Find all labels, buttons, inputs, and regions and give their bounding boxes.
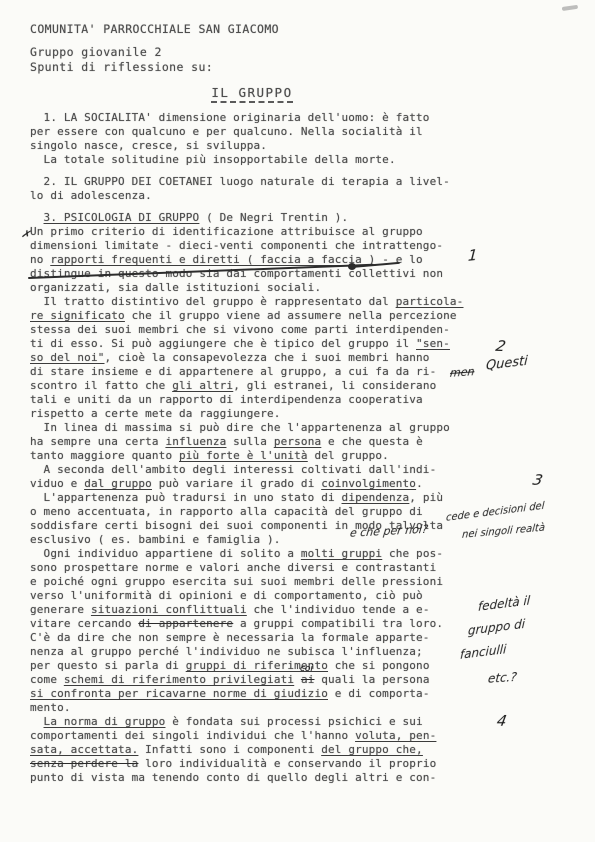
typed-text-segment: aicoi (301, 673, 315, 686)
typed-text-segment: influenza (165, 435, 226, 448)
document-title: IL GRUPPO (211, 85, 292, 103)
document-header-line-1: COMUNITA' PARROCCHIALE SAN GIACOMO (30, 22, 474, 37)
document-header-line-2: Gruppo giovanile 2 (30, 45, 474, 60)
typed-text-segment: coinvolgimento (321, 477, 416, 490)
inline-note-3: nei singoli realtà (462, 523, 546, 541)
typed-paragraph: 3. PSICOLOGIA DI GRUPPO ( De Negri Trent… (30, 211, 474, 785)
typed-text-segment: rapporti frequenti e diretti ( faccia a … (50, 253, 375, 266)
margin-number-4: 4 (495, 712, 508, 730)
document-title-row: IL GRUPPO (30, 85, 474, 100)
handwritten-correction: coi (300, 665, 313, 674)
typed-paragraph: 1. LA SOCIALITA' dimensione originaria d… (30, 111, 474, 167)
margin-note-line-2: gruppo di (468, 617, 526, 638)
scan-smudge (562, 5, 578, 11)
typed-text-segment: gli altri (172, 379, 233, 392)
typed-text-segment: più forte è l'unità (179, 449, 308, 462)
typed-body: 1. LA SOCIALITA' dimensione originaria d… (30, 111, 474, 785)
typed-text-segment: La norma di gruppo (44, 715, 166, 728)
typed-text-segment: del gruppo che, (321, 743, 423, 756)
typed-text-segment: dal gruppo (84, 477, 152, 490)
typed-text-segment: senza perdere la (30, 757, 138, 770)
typed-text-segment: sulla (226, 435, 273, 448)
typewritten-layer: COMUNITA' PARROCCHIALE SAN GIACOMO Grupp… (30, 22, 474, 785)
margin-word: Questi (486, 354, 528, 374)
typed-text-segment (30, 211, 44, 224)
typed-text-segment (294, 673, 301, 686)
typed-text-segment: 2. IL GRUPPO DEI COETANEI luogo naturale… (30, 175, 450, 202)
typed-text-segment: Infatti sono i componenti (138, 743, 321, 756)
typed-paragraph: 2. IL GRUPPO DEI COETANEI luogo naturale… (30, 175, 474, 203)
typed-text-segment: 1. LA SOCIALITA' dimensione originaria d… (30, 111, 430, 166)
typed-text-segment: di appartenere (138, 617, 233, 630)
typed-text-segment: 3. PSICOLOGIA DI GRUPPO (44, 211, 200, 224)
typed-text-segment: si confronta per ricavarne norme di giud… (30, 687, 328, 700)
typed-text-segment: dipendenza (342, 491, 410, 504)
document-header-line-3: Spunti di riflessione su: (30, 60, 474, 75)
margin-note-line-1: fedeltà il (478, 594, 531, 615)
typed-text-segment: persona (274, 435, 321, 448)
scanned-document-page: COMUNITA' PARROCCHIALE SAN GIACOMO Grupp… (0, 0, 595, 842)
typed-text-segment: situazioni conflittuali (91, 603, 247, 616)
typed-text-segment: molti gruppi (301, 547, 382, 560)
typed-text-segment: quali la persona (314, 673, 429, 686)
typed-text-segment: può variare il grado di (152, 477, 321, 490)
margin-number-3: 3 (531, 471, 544, 489)
margin-note-line-4: etc.? (487, 670, 517, 686)
margin-number-2: 2 (494, 337, 507, 355)
typed-text-segment: schemi di riferimento privilegiati (64, 673, 294, 686)
